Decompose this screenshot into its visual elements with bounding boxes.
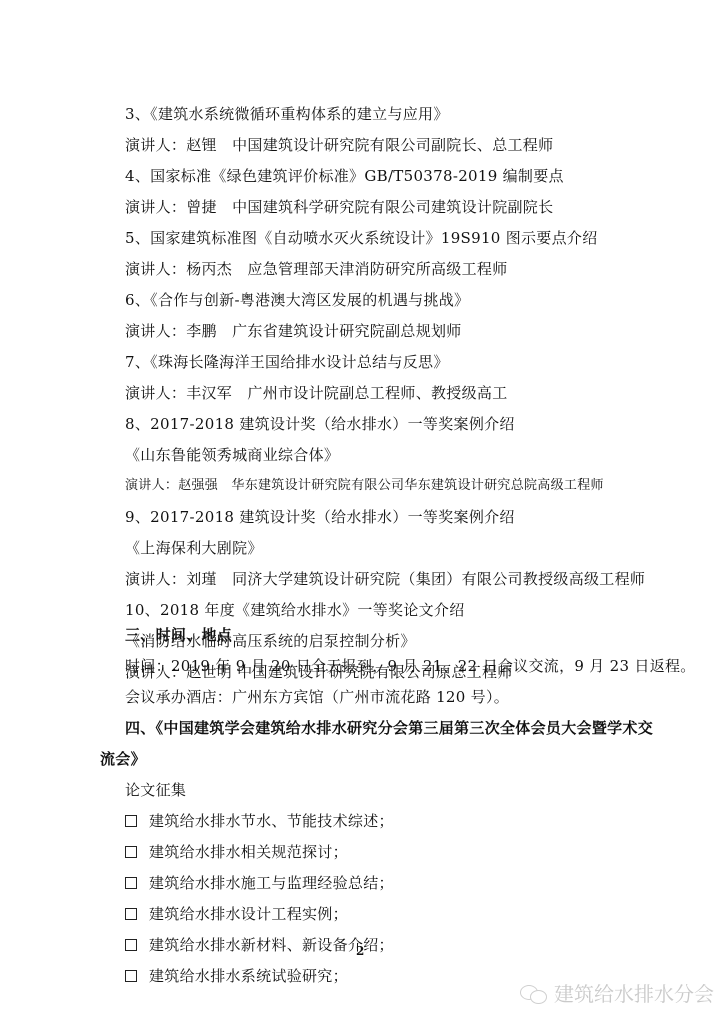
watermark-text: 建筑给水排水分会 <box>554 982 714 1006</box>
checkbox-icon <box>125 908 137 920</box>
topic-item: 建筑给水排水相关规范探讨； <box>125 842 348 862</box>
agenda-line: 10、2018 年度《建筑给水排水》一等奖论文介绍 <box>125 600 465 620</box>
agenda-line: 3、《建筑水系统微循环重构体系的建立与应用》 <box>125 104 449 124</box>
agenda-line: 演讲人：刘瑾 同济大学建筑设计研究院（集团）有限公司教授级高级工程师 <box>125 569 645 589</box>
topic-item: 建筑给水排水施工与监理经验总结； <box>125 873 394 893</box>
agenda-line: 演讲人：赵锂 中国建筑设计研究院有限公司副院长、总工程师 <box>125 135 553 155</box>
agenda-line: 5、国家建筑标准图《自动喷水灭火系统设计》19S910 图示要点介绍 <box>125 228 598 248</box>
agenda-line: 《山东鲁能领秀城商业综合体》 <box>125 445 339 465</box>
wechat-icon <box>520 984 548 1004</box>
agenda-line: 7、《珠海长隆海洋王国给排水设计总结与反思》 <box>125 352 449 372</box>
agenda-line: 演讲人：丰汉军 广州市设计院副总工程师、教授级高工 <box>125 383 508 403</box>
agenda-line: 《上海保利大剧院》 <box>125 538 263 558</box>
topic-text: 建筑给水排水节水、节能技术综述； <box>149 812 394 830</box>
checkbox-icon <box>125 877 137 889</box>
page-number: 2 <box>356 944 364 958</box>
call-for-papers-label: 论文征集 <box>125 780 186 800</box>
section-heading-time-place: 三、时间、地点 <box>125 625 232 645</box>
agenda-line: 演讲人：曾捷 中国建筑科学研究院有限公司建筑设计院副院长 <box>125 197 553 217</box>
topic-text: 建筑给水排水相关规范探讨； <box>149 843 348 861</box>
agenda-line: 演讲人：杨丙杰 应急管理部天津消防研究所高级工程师 <box>125 259 508 279</box>
agenda-line: 8、2017-2018 建筑设计奖（给水排水）一等奖案例介绍 <box>125 414 515 434</box>
agenda-line: 演讲人：李鹏 广东省建筑设计研究院副总规划师 <box>125 321 462 341</box>
section-heading-continuation: 流会》 <box>100 749 146 769</box>
meeting-hotel: 会议承办酒店：广州东方宾馆（广州市流花路 120 号）。 <box>125 687 509 707</box>
topic-text: 建筑给水排水施工与监理经验总结； <box>149 874 394 892</box>
agenda-line: 4、国家标准《绿色建筑评价标准》GB/T50378-2019 编制要点 <box>125 166 564 186</box>
topic-item: 建筑给水排水新材料、新设备介绍； <box>125 935 394 955</box>
agenda-line: 6、《合作与创新-粤港澳大湾区发展的机遇与挑战》 <box>125 290 469 310</box>
topic-text: 建筑给水排水设计工程实例； <box>149 905 348 923</box>
topic-item: 建筑给水排水节水、节能技术综述； <box>125 811 394 831</box>
watermark: 建筑给水排水分会 <box>520 978 714 1007</box>
checkbox-icon <box>125 846 137 858</box>
agenda-line: 演讲人：赵强强 华东建筑设计研究院有限公司华东建筑设计研究总院高级工程师 <box>125 476 604 496</box>
meeting-time: 时间：2019 年 9 月 20 日全天报到，9 月 21、22 日会议交流，9… <box>125 656 696 676</box>
section-heading-call-for-papers: 四、《中国建筑学会建筑给水排水研究分会第三届第三次全体会员大会暨学术交 <box>125 718 653 738</box>
checkbox-icon <box>125 970 137 982</box>
topic-text: 建筑给水排水系统试验研究； <box>149 967 348 985</box>
checkbox-icon <box>125 815 137 827</box>
checkbox-icon <box>125 939 137 951</box>
document-page: 3、《建筑水系统微循环重构体系的建立与应用》演讲人：赵锂 中国建筑设计研究院有限… <box>0 0 724 1024</box>
topic-item: 建筑给水排水系统试验研究； <box>125 966 348 986</box>
agenda-line: 9、2017-2018 建筑设计奖（给水排水）一等奖案例介绍 <box>125 507 515 527</box>
topic-item: 建筑给水排水设计工程实例； <box>125 904 348 924</box>
